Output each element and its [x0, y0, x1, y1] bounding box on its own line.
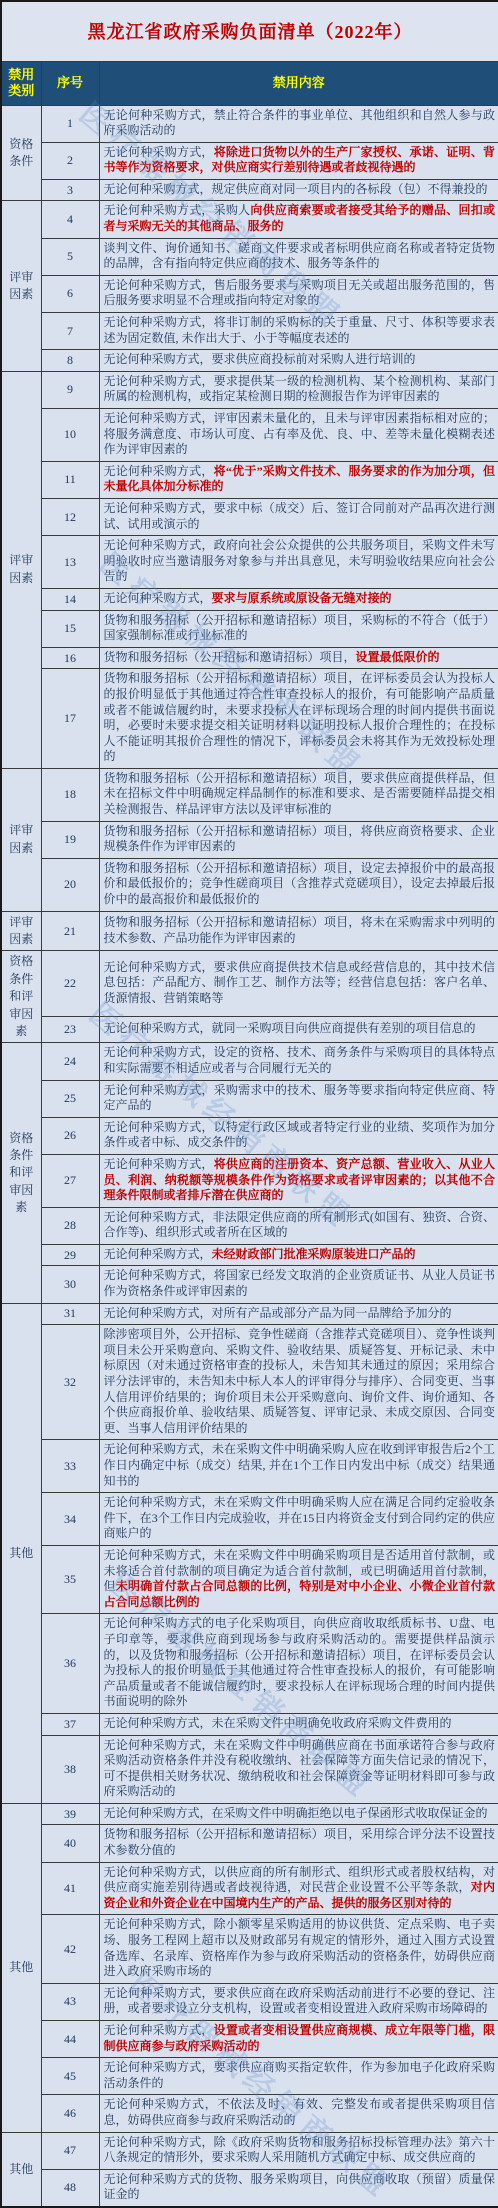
serial-cell: 8 — [41, 350, 99, 372]
category-cell: 评审因素 — [1, 768, 41, 911]
content-cell: 无论何种采购方式，未在采购文件中明确免收政府采购文件费用的 — [99, 1713, 498, 1735]
serial-cell: 14 — [41, 588, 99, 610]
content-cell: 无论何种采购方式，售后服务要求与采购项目无关或超出服务范围的，售后服务要求明显不… — [99, 275, 498, 312]
content-cell: 无论何种采购方式，要求中标（成交）后、签订合同前对产品再次进行测试、试用或演示的 — [99, 498, 498, 535]
content-cell: 无论何种采购方式，设定的资格、技术、商务条件与采购项目的具体特点和实际需要不相适… — [99, 1043, 498, 1080]
serial-cell: 26 — [41, 1117, 99, 1154]
table-row: 资格条件1无论何种采购方式，禁止符合条件的事业单位、其他组织和自然人参与政府采购… — [1, 105, 498, 142]
table-row: 资格条件和评审因素22无论何种采购方式，要求供应商提供技术信息或经营信息的，其中… — [1, 951, 498, 1016]
content-cell: 无论何种采购方式，未经财政部门批准采购原装进口产品的 — [99, 1244, 498, 1266]
content-cell: 无论何种采购方式，就同一采购项目向供应商提供有差别的项目信息的 — [99, 1016, 498, 1043]
serial-cell: 19 — [41, 821, 99, 858]
content-segment: 无论何种采购方式，对所有产品或部分产品为同一品牌给予加分的 — [104, 1306, 452, 1320]
content-cell: 货物和服务招标（公开招标和邀请招标）项目，要求供应商提供样品，但未在招标文件中明… — [99, 768, 498, 821]
content-cell: 无论何种采购方式，未在采购文件中明确采购项目是否适用首付款制，或未将适合首付款制… — [99, 1545, 498, 1613]
serial-cell: 33 — [41, 1440, 99, 1493]
content-cell: 无论何种采购方式，非法限定供应商的所有制形式(如国有、独资、合资、合作等)、组织… — [99, 1207, 498, 1244]
table-row: 44无论何种采购方式，设置或者变相设置供应商规模、成立年限等门槛，限制供应商参与… — [1, 2021, 498, 2058]
header-row: 禁用类别 序号 禁用内容 — [1, 62, 498, 106]
table-row: 26无论何种采购方式，以特定行政区域或者特定行业的业绩、奖项作为加分条件或者中标… — [1, 1117, 498, 1154]
document-page: 黑龙江省政府采购负面清单（2022年） 禁用类别 序号 禁用内容 资格条件1无论… — [0, 0, 498, 2208]
category-cell: 其他 — [1, 2132, 41, 2207]
content-cell: 无论何种采购方式，要求供应商投标前对采购人进行培训的 — [99, 350, 498, 372]
table-row: 33无论何种采购方式，未在采购文件中明确采购人应在收到评审报告后2个工作日内确定… — [1, 1440, 498, 1493]
serial-cell: 13 — [41, 536, 99, 589]
content-cell: 无论何种采购方式，政府向社会公众提供的公共服务项目，采购文件未写明验收时应当邀请… — [99, 536, 498, 589]
serial-cell: 29 — [41, 1244, 99, 1266]
content-cell: 货物和服务招标（公开招标和邀请招标）项目，采购标的不符合（低于）国家强制标准或行… — [99, 610, 498, 647]
content-cell: 无论何种采购方式，除小额零星采购适用的协议供货、定点采购、电子卖场、服务工程网上… — [99, 1915, 498, 1983]
content-cell: 无论何种采购方式，未在采购文件中明确采购人应在满足合同约定验收条件下，在3个工作… — [99, 1493, 498, 1546]
content-cell: 无论何种采购方式，采购需求中的技术、服务等要求指向特定供应商、特定产品的 — [99, 1080, 498, 1117]
serial-cell: 16 — [41, 647, 99, 669]
content-segment: 谈判文件、询价通知书、磋商文件要求或者标明供应商名称或者特定货物的品牌，含有指向… — [104, 241, 496, 271]
table-row: 6无论何种采购方式，售后服务要求与采购项目无关或超出服务范围的，售后服务要求明显… — [1, 275, 498, 312]
table-row: 其他39无论何种采购方式，在采购文件中明确拒绝以电子保函形式收取保证金的 — [1, 1803, 498, 1825]
content-cell: 货物和服务招标（公开招标和邀请招标）项目，设定去掉报价中的最高报价和最低报价的；… — [99, 858, 498, 911]
content-segment: 无论何种采购方式，评审因素未量化的，且未与评审因素指标相对应的；将服务满意度、市… — [104, 411, 496, 456]
table-row: 7无论何种采购方式，将非订制的采购标的关于重量、尺寸、体积等要求表述为固定数值,… — [1, 313, 498, 350]
content-cell: 无论何种采购方式，将“优于”采购文件技术、服务要求的作为加分项，但未量化具体加分… — [99, 461, 498, 498]
serial-cell: 35 — [41, 1545, 99, 1613]
content-cell: 无论何种采购方式，将非订制的采购标的关于重量、尺寸、体积等要求表述为固定数值, … — [99, 313, 498, 350]
table-row: 41无论何种采购方式，以供应商的所有制形式、组织形式或者股权结构，对供应商实施差… — [1, 1862, 498, 1915]
content-segment: 无论何种采购方式， — [104, 1247, 212, 1261]
serial-cell: 34 — [41, 1493, 99, 1546]
page-title: 黑龙江省政府采购负面清单（2022年） — [1, 1, 498, 62]
category-cell: 评审因素 — [1, 371, 41, 768]
serial-cell: 21 — [41, 911, 99, 951]
content-cell: 货物和服务招标（公开招标和邀请招标）项目，在评标委员会认为投标人的报价明显低于其… — [99, 669, 498, 769]
table-row: 评审因素9无论何种采购方式，要求提供某一级的检测机构、某个检测机构、某部门所属的… — [1, 371, 498, 408]
serial-cell: 2 — [41, 142, 99, 179]
table-row: 12无论何种采购方式，要求中标（成交）后、签订合同前对产品再次进行测试、试用或演… — [1, 498, 498, 535]
table-row: 43无论何种采购方式，要求供应商在政府采购活动前进行不必要的登记、注册，或者要求… — [1, 1983, 498, 2020]
content-segment: 无论何种采购方式，将国家已经发文取消的企业资质证书、从业人员证书作为资格条件或评… — [104, 1268, 496, 1298]
content-segment: 无论何种采购方式，采购需求中的技术、服务等要求指向特定供应商、特定产品的 — [104, 1083, 496, 1113]
table-row: 10无论何种采购方式，评审因素未量化的，且未与评审因素指标相对应的；将服务满意度… — [1, 409, 498, 462]
table-row: 29无论何种采购方式，未经财政部门批准采购原装进口产品的 — [1, 1244, 498, 1266]
serial-cell: 47 — [41, 2132, 99, 2169]
table-row: 42无论何种采购方式，除小额零星采购适用的协议供货、定点采购、电子卖场、服务工程… — [1, 1915, 498, 1983]
serial-cell: 3 — [41, 179, 99, 201]
table-row: 3无论何种采购方式，规定供应商对同一项目内的各标段（包）不得兼投的 — [1, 179, 498, 201]
content-segment: 无论何种采购方式，除小额零星采购适用的协议供货、定点采购、电子卖场、服务工程网上… — [104, 1917, 496, 1978]
negative-list-table: 黑龙江省政府采购负面清单（2022年） 禁用类别 序号 禁用内容 资格条件1无论… — [0, 0, 498, 2208]
content-cell: 无论何种采购方式，将除进口货物以外的生产厂家授权、承诺、证明、背书等作为资格要求… — [99, 142, 498, 179]
content-cell: 无论何种采购方式，未在采购文件中明确采购人应在收到评审报告后2个工作日内确定中标… — [99, 1440, 498, 1493]
content-segment: 无论何种采购方式，在采购文件中明确拒绝以电子保函形式收取保证金的 — [104, 1806, 488, 1820]
table-row: 评审因素18货物和服务招标（公开招标和邀请招标）项目，要求供应商提供样品，但未在… — [1, 768, 498, 821]
serial-cell: 5 — [41, 238, 99, 275]
serial-cell: 10 — [41, 409, 99, 462]
content-segment-red: 设置最低限价的 — [356, 650, 440, 664]
content-cell: 无论何种采购方式，要求供应商在政府采购活动前进行不必要的登记、注册，或者要求设立… — [99, 1983, 498, 2020]
content-segment: 无论何种采购方式， — [104, 1157, 214, 1171]
table-row: 25无论何种采购方式，采购需求中的技术、服务等要求指向特定供应商、特定产品的 — [1, 1080, 498, 1117]
content-cell: 无论何种采购方式，在采购文件中明确拒绝以电子保函形式收取保证金的 — [99, 1803, 498, 1825]
category-cell: 评审因素 — [1, 201, 41, 371]
title-row: 黑龙江省政府采购负面清单（2022年） — [1, 1, 498, 62]
category-cell: 资格条件和评审因素 — [1, 1043, 41, 1303]
table-row: 其他47无论何种采购方式，除《政府采购货物和服务招标投标管理办法》第六十八条规定… — [1, 2132, 498, 2169]
serial-cell: 40 — [41, 1825, 99, 1862]
content-cell: 货物和服务招标（公开招标和邀请招标）项目，将未在采购需求中列明的技术参数、产品功… — [99, 911, 498, 951]
content-segment: 货物和服务招标（公开招标和邀请招标）项目，在评标委员会认为投标人的报价明显低于其… — [104, 671, 496, 763]
table-row: 28无论何种采购方式，非法限定供应商的所有制形式(如国有、独资、合资、合作等)、… — [1, 1207, 498, 1244]
serial-cell: 43 — [41, 1983, 99, 2020]
table-row: 20货物和服务招标（公开招标和邀请招标）项目，设定去掉报价中的最高报价和最低报价… — [1, 858, 498, 911]
content-cell: 货物和服务招标（公开招标和邀请招标）项目，采用综合评分法不设置技术参数分值的 — [99, 1825, 498, 1862]
table-row: 19货物和服务招标（公开招标和邀请招标）项目，将供应商资格要求、企业规模条件作为… — [1, 821, 498, 858]
table-row: 16货物和服务招标（公开招标和邀请招标）项目，设置最低限价的 — [1, 647, 498, 669]
content-segment: 无论何种采购方式，规定供应商对同一项目内的各标段（包）不得兼投的 — [104, 182, 488, 196]
content-cell: 货物和服务招标（公开招标和邀请招标）项目，将供应商资格要求、企业规模条件作为评审… — [99, 821, 498, 858]
serial-cell: 24 — [41, 1043, 99, 1080]
content-cell: 无论何种采购方式，以特定行政区域或者特定行业的业绩、奖项作为加分条件或者中标、成… — [99, 1117, 498, 1154]
content-cell: 无论何种采购方式，以供应商的所有制形式、组织形式或者股权结构，对供应商实施差别待… — [99, 1862, 498, 1915]
table-row: 37无论何种采购方式，未在采购文件中明确免收政府采购文件费用的 — [1, 1713, 498, 1735]
serial-cell: 39 — [41, 1803, 99, 1825]
table-row: 30无论何种采购方式，将国家已经发文取消的企业资质证书、从业人员证书作为资格条件… — [1, 1266, 498, 1303]
content-segment: 无论何种采购方式， — [104, 464, 214, 478]
content-segment: 无论何种采购方式，未在采购文件中明确采购人应在收到评审报告后2个工作日内确定中标… — [104, 1442, 496, 1487]
content-segment: 无论何种采购方式， — [104, 145, 214, 159]
content-cell: 无论何种采购方式，要求与原系统或原设备无缝对接的 — [99, 588, 498, 610]
content-segment: 无论何种采购方式，未在采购文件中明确采购人应在满足合同约定验收条件下，在3个工作… — [104, 1495, 496, 1540]
serial-cell: 22 — [41, 951, 99, 1016]
content-cell: 无论何种采购方式，要求供应商提供技术信息或经营信息的，其中技术信息包括：产品配方… — [99, 951, 498, 1016]
content-segment: 货物和服务招标（公开招标和邀请招标）项目，采用综合评分法不设置技术参数分值的 — [104, 1827, 496, 1857]
content-cell: 无论何种采购方式，评审因素未量化的，且未与评审因素指标相对应的；将服务满意度、市… — [99, 409, 498, 462]
table-row: 8无论何种采购方式，要求供应商投标前对采购人进行培训的 — [1, 350, 498, 372]
serial-cell: 46 — [41, 2095, 99, 2132]
content-segment: 无论何种采购方式，要求供应商购买指定软件，作为参加电子化政府采购活动条件的 — [104, 2060, 496, 2090]
content-segment: 无论何种采购方式，非法限定供应商的所有制形式(如国有、独资、合资、合作等)、组织… — [104, 1210, 496, 1240]
category-cell: 评审因素 — [1, 911, 41, 951]
content-cell: 无论何种采购方式，要求提供某一级的检测机构、某个检测机构、某部门所属的检测机构，… — [99, 371, 498, 408]
content-segment: 货物和服务招标（公开招标和邀请招标）项目，采购标的不符合（低于）国家强制标准或行… — [104, 613, 496, 643]
table-row: 13无论何种采购方式，政府向社会公众提供的公共服务项目，采购文件未写明验收时应当… — [1, 536, 498, 589]
content-segment: 无论何种采购方式，将非订制的采购标的关于重量、尺寸、体积等要求表述为固定数值, … — [104, 315, 496, 345]
content-cell: 除涉密项目外，公开招标、竞争性磋商（含推荐式竞磋项目）、竞争性谈判项目未公开采购… — [99, 1325, 498, 1440]
table-row: 2无论何种采购方式，将除进口货物以外的生产厂家授权、承诺、证明、背书等作为资格要… — [1, 142, 498, 179]
table-row: 36无论何种采购方式的电子化采购项目，向供应商收取纸质标书、U盘、电子印章等，要… — [1, 1614, 498, 1714]
serial-cell: 41 — [41, 1862, 99, 1915]
table-row: 评审因素21货物和服务招标（公开招标和邀请招标）项目，将未在采购需求中列明的技术… — [1, 911, 498, 951]
content-segment: 无论何种采购方式，就同一采购项目向供应商提供有差别的项目信息的 — [104, 1021, 476, 1035]
serial-cell: 12 — [41, 498, 99, 535]
content-segment: 货物和服务招标（公开招标和邀请招标）项目，将供应商资格要求、企业规模条件作为评审… — [104, 824, 496, 854]
serial-cell: 11 — [41, 461, 99, 498]
content-cell: 谈判文件、询价通知书、磋商文件要求或者标明供应商名称或者特定货物的品牌，含有指向… — [99, 238, 498, 275]
table-row: 48无论何种采购方式的货物、服务采购项目，向供应商收取（预留）质量保证金的 — [1, 2169, 498, 2207]
content-segment-red: 未明确首付款占合同总额的比例，特别是对中小企业、小微企业首付款占合同总额比例的 — [104, 1579, 496, 1609]
content-segment: 无论何种采购方式， — [104, 591, 212, 605]
category-cell: 资格条件 — [1, 105, 41, 201]
content-cell: 无论何种采购方式，将国家已经发文取消的企业资质证书、从业人员证书作为资格条件或评… — [99, 1266, 498, 1303]
content-segment: 除涉密项目外，公开招标、竞争性磋商（含推荐式竞磋项目）、竞争性谈判项目未公开采购… — [104, 1327, 496, 1435]
table-row: 35无论何种采购方式，未在采购文件中明确采购项目是否适用首付款制，或未将适合首付… — [1, 1545, 498, 1613]
content-segment: 无论何种采购方式， — [104, 2023, 214, 2037]
content-cell: 无论何种采购方式，采购人向供应商索要或者接受其给予的赠品、回扣或者与采购无关的其… — [99, 201, 498, 238]
table-row: 其他31无论何种采购方式，对所有产品或部分产品为同一品牌给予加分的 — [1, 1303, 498, 1325]
content-cell: 无论何种采购方式，不依法及时、有效、完整发布或者提供采购项目信息，妨碍供应商参与… — [99, 2095, 498, 2132]
table-row: 45无论何种采购方式，要求供应商购买指定软件，作为参加电子化政府采购活动条件的 — [1, 2058, 498, 2095]
content-segment: 无论何种采购方式，政府向社会公众提供的公共服务项目，采购文件未写明验收时应当邀请… — [104, 538, 496, 583]
serial-cell: 28 — [41, 1207, 99, 1244]
table-row: 14无论何种采购方式，要求与原系统或原设备无缝对接的 — [1, 588, 498, 610]
serial-cell: 32 — [41, 1325, 99, 1440]
content-segment-red: 未经财政部门批准采购原装进口产品的 — [212, 1247, 416, 1261]
content-segment: 无论何种采购方式，要求中标（成交）后、签订合同前对产品再次进行测试、试用或演示的 — [104, 501, 496, 531]
table-row: 40货物和服务招标（公开招标和邀请招标）项目，采用综合评分法不设置技术参数分值的 — [1, 1825, 498, 1862]
header-cell-serial: 序号 — [41, 62, 99, 106]
content-segment: 无论何种采购方式，以供应商的所有制形式、组织形式或者股权结构，对供应商实施差别待… — [104, 1865, 496, 1895]
serial-cell: 36 — [41, 1614, 99, 1714]
serial-cell: 30 — [41, 1266, 99, 1303]
serial-cell: 48 — [41, 2169, 99, 2207]
content-segment: 无论何种采购方式，未在采购文件中明确免收政府采购文件费用的 — [104, 1716, 452, 1730]
content-segment: 货物和服务招标（公开招标和邀请招标）项目，设定去掉报价中的最高报价和最低报价的；… — [104, 861, 496, 906]
content-segment: 无论何种采购方式，未在采购文件中明确供应商在书面承诺符合参与政府采购活动资格条件… — [104, 1738, 496, 1799]
content-cell: 无论何种采购方式的电子化采购项目，向供应商收取纸质标书、U盘、电子印章等，要求供… — [99, 1614, 498, 1714]
table-row: 评审因素4无论何种采购方式，采购人向供应商索要或者接受其给予的赠品、回扣或者与采… — [1, 201, 498, 238]
serial-cell: 20 — [41, 858, 99, 911]
content-segment: 货物和服务招标（公开招标和邀请招标）项目， — [104, 650, 356, 664]
table-row: 46无论何种采购方式，不依法及时、有效、完整发布或者提供采购项目信息，妨碍供应商… — [1, 2095, 498, 2132]
serial-cell: 27 — [41, 1154, 99, 1207]
content-segment: 无论何种采购方式，要求提供某一级的检测机构、某个检测机构、某部门所属的检测机构，… — [104, 374, 496, 404]
table-row: 11无论何种采购方式，将“优于”采购文件技术、服务要求的作为加分项，但未量化具体… — [1, 461, 498, 498]
serial-cell: 1 — [41, 105, 99, 142]
serial-cell: 38 — [41, 1735, 99, 1803]
content-cell: 无论何种采购方式的货物、服务采购项目，向供应商收取（预留）质量保证金的 — [99, 2169, 498, 2207]
content-cell: 无论何种采购方式，将供应商的注册资本、资产总额、营业收入、从业人员、利润、纳税额… — [99, 1154, 498, 1207]
content-segment: 货物和服务招标（公开招标和邀请招标）项目，要求供应商提供样品，但未在招标文件中明… — [104, 771, 496, 816]
serial-cell: 4 — [41, 201, 99, 238]
content-cell: 无论何种采购方式，除《政府采购货物和服务招标投标管理办法》第六十八条规定的情形外… — [99, 2132, 498, 2169]
table-row: 资格条件和评审因素24无论何种采购方式，设定的资格、技术、商务条件与采购项目的具… — [1, 1043, 498, 1080]
serial-cell: 31 — [41, 1303, 99, 1325]
serial-cell: 17 — [41, 669, 99, 769]
content-segment: 无论何种采购方式，要求供应商在政府采购活动前进行不必要的登记、注册，或者要求设立… — [104, 1986, 496, 2016]
content-segment: 无论何种采购方式，采购人 — [104, 203, 251, 217]
content-cell: 无论何种采购方式，设置或者变相设置供应商规模、成立年限等门槛，限制供应商参与政府… — [99, 2021, 498, 2058]
content-cell: 货物和服务招标（公开招标和邀请招标）项目，设置最低限价的 — [99, 647, 498, 669]
content-segment: 无论何种采购方式，要求供应商投标前对采购人进行培训的 — [104, 352, 416, 366]
serial-cell: 7 — [41, 313, 99, 350]
content-segment-red: 要求与原系统或原设备无缝对接的 — [212, 591, 392, 605]
table-row: 5谈判文件、询价通知书、磋商文件要求或者标明供应商名称或者特定货物的品牌，含有指… — [1, 238, 498, 275]
content-segment: 无论何种采购方式，设定的资格、技术、商务条件与采购项目的具体特点和实际需要不相适… — [104, 1045, 496, 1075]
table-row: 32除涉密项目外，公开招标、竞争性磋商（含推荐式竞磋项目）、竞争性谈判项目未公开… — [1, 1325, 498, 1440]
content-cell: 无论何种采购方式，未在采购文件中明确供应商在书面承诺符合参与政府采购活动资格条件… — [99, 1735, 498, 1803]
content-segment: 无论何种采购方式，除《政府采购货物和服务招标投标管理办法》第六十八条规定的情形外… — [104, 2135, 496, 2165]
category-cell: 其他 — [1, 1803, 41, 2132]
table-row: 23无论何种采购方式，就同一采购项目向供应商提供有差别的项目信息的 — [1, 1016, 498, 1043]
table-row: 15货物和服务招标（公开招标和邀请招标）项目，采购标的不符合（低于）国家强制标准… — [1, 610, 498, 647]
content-cell: 无论何种采购方式，对所有产品或部分产品为同一品牌给予加分的 — [99, 1303, 498, 1325]
serial-cell: 9 — [41, 371, 99, 408]
serial-cell: 18 — [41, 768, 99, 821]
category-cell: 其他 — [1, 1303, 41, 1803]
content-segment: 无论何种采购方式，不依法及时、有效、完整发布或者提供采购项目信息，妨碍供应商参与… — [104, 2097, 496, 2127]
content-cell: 无论何种采购方式，规定供应商对同一项目内的各标段（包）不得兼投的 — [99, 179, 498, 201]
content-segment: 无论何种采购方式，售后服务要求与采购项目无关或超出服务范围的，售后服务要求明显不… — [104, 278, 496, 308]
content-segment: 无论何种采购方式，要求供应商提供技术信息或经营信息的，其中技术信息包括：产品配方… — [104, 960, 496, 1005]
content-segment: 无论何种采购方式，禁止符合条件的事业单位、其他组织和自然人参与政府采购活动的 — [104, 108, 496, 138]
serial-cell: 15 — [41, 610, 99, 647]
content-segment: 无论何种采购方式的货物、服务采购项目，向供应商收取（预留）质量保证金的 — [104, 2172, 496, 2202]
category-cell: 资格条件和评审因素 — [1, 951, 41, 1043]
content-segment: 货物和服务招标（公开招标和邀请招标）项目，将未在采购需求中列明的技术参数、产品功… — [104, 915, 496, 945]
table-row: 17货物和服务招标（公开招标和邀请招标）项目，在评标委员会认为投标人的报价明显低… — [1, 669, 498, 769]
serial-cell: 6 — [41, 275, 99, 312]
serial-cell: 25 — [41, 1080, 99, 1117]
serial-cell: 42 — [41, 1915, 99, 1983]
table-row: 38无论何种采购方式，未在采购文件中明确供应商在书面承诺符合参与政府采购活动资格… — [1, 1735, 498, 1803]
table-row: 27无论何种采购方式，将供应商的注册资本、资产总额、营业收入、从业人员、利润、纳… — [1, 1154, 498, 1207]
content-cell: 无论何种采购方式，要求供应商购买指定软件，作为参加电子化政府采购活动条件的 — [99, 2058, 498, 2095]
table-row: 34无论何种采购方式，未在采购文件中明确采购人应在满足合同约定验收条件下，在3个… — [1, 1493, 498, 1546]
header-cell-content: 禁用内容 — [99, 62, 498, 106]
serial-cell: 44 — [41, 2021, 99, 2058]
content-segment: 无论何种采购方式的电子化采购项目，向供应商收取纸质标书、U盘、电子印章等，要求供… — [104, 1616, 496, 1708]
serial-cell: 45 — [41, 2058, 99, 2095]
serial-cell: 23 — [41, 1016, 99, 1043]
content-segment: 无论何种采购方式，以特定行政区域或者特定行业的业绩、奖项作为加分条件或者中标、成… — [104, 1120, 496, 1150]
header-cell-category: 禁用类别 — [1, 62, 41, 106]
content-cell: 无论何种采购方式，禁止符合条件的事业单位、其他组织和自然人参与政府采购活动的 — [99, 105, 498, 142]
serial-cell: 37 — [41, 1713, 99, 1735]
